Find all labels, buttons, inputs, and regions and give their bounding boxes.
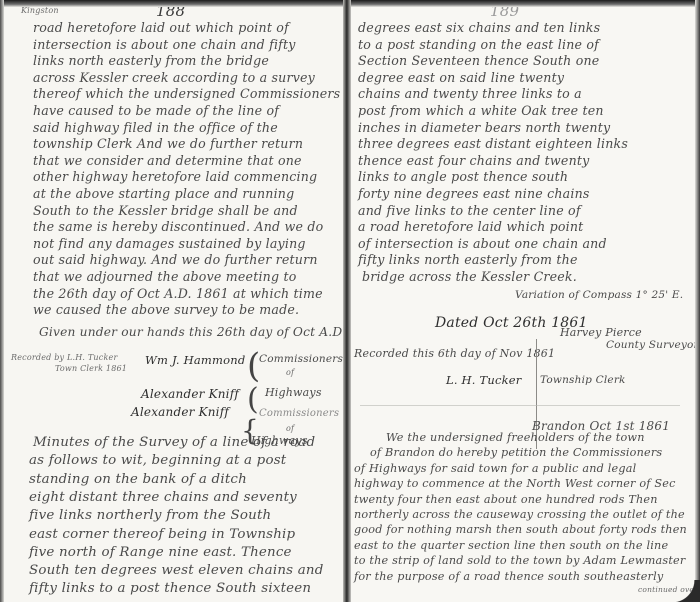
text-line: inches in diameter bears north twenty	[358, 120, 610, 135]
text-line: not find any damages sustained by laying	[33, 236, 306, 251]
text-line: have caused to be made of the line of	[33, 103, 279, 118]
recorded-note-clerk: Town Clerk 1861	[55, 364, 127, 373]
text-line: at the above starting place and running	[33, 186, 294, 201]
text-line: to the strip of land sold to the town by…	[354, 554, 685, 567]
variation-of-compass: Variation of Compass 1° 25' E.	[515, 289, 683, 301]
title-commissioners-1: Commissioners	[259, 353, 343, 365]
text-line: northerly across the causeway crossing t…	[354, 508, 685, 521]
text-line: eight distant three chains and seventy	[29, 490, 297, 505]
text-line: good for nothing marsh then south about …	[354, 523, 687, 536]
surveyor-name: Harvey Pierce	[560, 326, 642, 339]
text-line: five north of Range nine east. Thence	[29, 545, 292, 560]
title-of-2: of	[286, 424, 294, 433]
text-line: for the purpose of a road thence south s…	[354, 570, 663, 583]
text-line: South ten degrees west eleven chains and	[29, 563, 323, 578]
text-line: a road heretofore laid which point	[358, 219, 583, 234]
text-line: thence east four chains and twenty	[358, 153, 589, 168]
text-line: east corner thereof being in Township	[29, 527, 295, 542]
given-under-hands-line: Given under our hands this 26th day of O…	[39, 325, 382, 339]
section-divider	[360, 405, 680, 406]
text-line: out said highway. And we do further retu…	[33, 252, 318, 267]
right-page: 189 degrees east six chains and ten link…	[350, 6, 696, 602]
text-line: of Brandon do hereby petition the Commis…	[370, 446, 662, 459]
text-line: links north easterly from the bridge	[33, 53, 269, 68]
text-line: bridge across the Kessler Creek.	[362, 269, 577, 284]
text-line: other highway heretofore laid commencing	[33, 169, 317, 184]
book-left-edge	[0, 0, 4, 602]
text-line: links to angle post thence south	[358, 169, 568, 184]
text-line: to a post standing on the east line of	[358, 37, 599, 52]
text-line: intersection is about one chain and fift…	[33, 37, 296, 52]
text-line: township Clerk And we do further return	[33, 136, 303, 151]
title-of-1: of	[286, 368, 294, 377]
text-line: forty nine degrees east nine chains	[358, 186, 590, 201]
text-line: highway to commence at the North West co…	[354, 477, 676, 490]
text-line: fifty links north easterly from the	[358, 252, 578, 267]
text-line: degree east on said line twenty	[358, 70, 564, 85]
text-line: that we adjourned the above meeting to	[33, 269, 297, 284]
clerk-name: L. H. Tucker	[446, 373, 521, 387]
recorded-note: Recorded by L.H. Tucker	[11, 353, 117, 362]
text-line: we caused the above survey to be made.	[33, 302, 299, 317]
signature-1: Wm J. Hammond	[145, 353, 245, 367]
text-line: five links northerly from the South	[29, 508, 271, 523]
text-line: the 26th day of Oct A.D. 1861 at which t…	[33, 286, 323, 301]
title-highways-1: Highways	[265, 386, 322, 399]
text-line: post from which a white Oak tree ten	[358, 103, 604, 118]
margin-note-top: Kingston	[21, 6, 59, 15]
title-commissioners-2: Commissioners	[259, 408, 339, 419]
ledger-spread: Kingston 188 road heretofore laid out wh…	[0, 0, 700, 602]
text-line: thereof which the undersigned Commission…	[33, 86, 340, 101]
text-line: across Kessler creek according to a surv…	[33, 70, 315, 85]
text-line: of intersection is about one chain and	[358, 236, 607, 251]
signature-2: Alexander Kniff	[141, 387, 239, 401]
text-line: Minutes of the Survey of a line of a roa…	[33, 435, 315, 450]
text-line: twenty four then east about one hundred …	[354, 493, 658, 506]
text-line: Section Seventeen thence South one	[358, 53, 599, 68]
book-gutter	[343, 0, 351, 602]
book-right-edge	[695, 0, 700, 602]
text-line: degrees east six chains and ten links	[358, 20, 600, 35]
text-line: the same is hereby discontinued. And we …	[33, 219, 323, 234]
signature-brace-1: (	[247, 346, 260, 386]
clerk-title: Township Clerk	[540, 374, 626, 386]
text-line: as follows to wit, beginning at a post	[29, 453, 286, 468]
text-line: standing on the bank of a ditch	[29, 472, 247, 487]
signature-3: Alexander Kniff	[131, 405, 229, 419]
signature-brace-2: (	[247, 382, 259, 417]
text-line: and five links to the center line of	[358, 203, 581, 218]
text-line: east to the quarter section line then so…	[354, 539, 668, 552]
text-line: fifty links to a post thence South sixte…	[29, 581, 311, 596]
text-line: three degrees east distant eighteen link…	[358, 136, 628, 151]
text-line: chains and twenty three links to a	[358, 86, 582, 101]
page-corner	[672, 580, 700, 602]
recorded-line: Recorded this 6th day of Nov 1861	[354, 347, 555, 360]
text-line: We the undersigned freeholders of the to…	[386, 431, 645, 444]
text-line: that we consider and determine that one	[33, 153, 302, 168]
text-line: South to the Kessler bridge shall be and	[33, 203, 298, 218]
surveyor-title: County Surveyor	[606, 339, 699, 351]
text-line: road heretofore laid out which point of	[33, 20, 289, 35]
text-line: said highway filed in the office of the	[33, 120, 278, 135]
text-line: of Highways for said town for a public a…	[354, 462, 636, 475]
left-page: Kingston 188 road heretofore laid out wh…	[3, 6, 344, 602]
